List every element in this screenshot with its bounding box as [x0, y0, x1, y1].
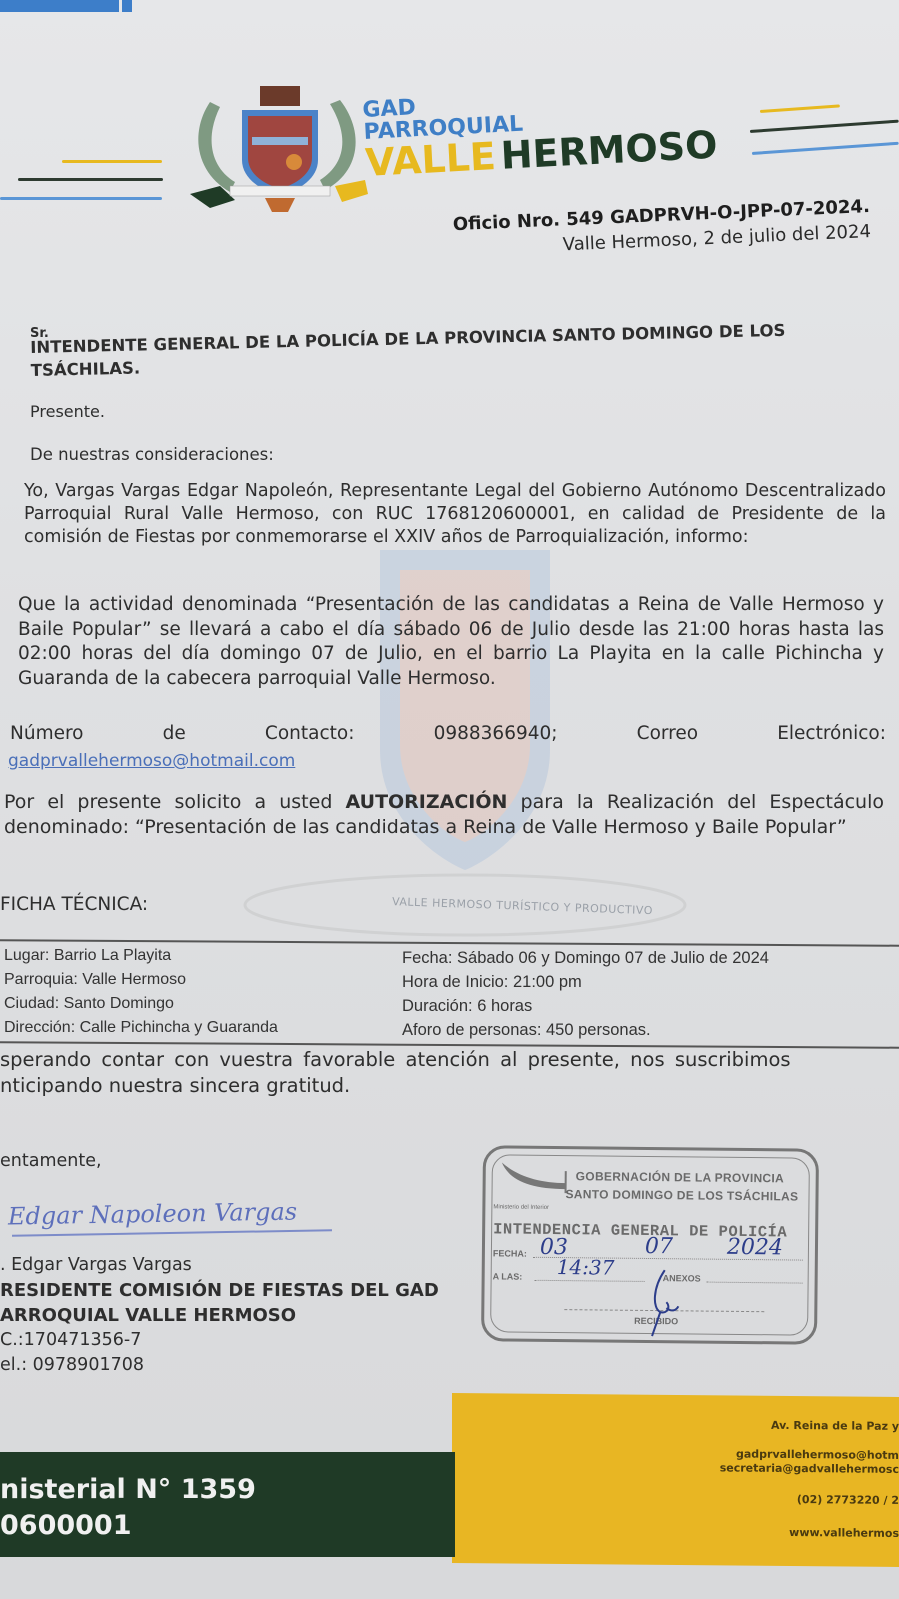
footer-contact-band: Av. Reina de la Paz y gadprvallehermoso@… [452, 1393, 899, 1567]
paragraph-activity: Que la actividad denominada “Presentació… [18, 593, 884, 691]
parish-crest-logo [190, 82, 370, 212]
footer-website[interactable]: www.vallehermos [789, 1526, 899, 1540]
document-reference: Oficio Nro. 549 GADPRVH-O-JPP-07-2024. V… [452, 196, 871, 260]
request-text-pre: Por el presente solicito a usted [4, 791, 346, 813]
closing-line1: sperando contar con vuestra favorable at… [0, 1047, 899, 1073]
stamp-fecha-label: FECHA: [493, 1248, 527, 1258]
ficha-fecha: Fecha: Sábado 06 y Domingo 07 de Julio d… [402, 946, 769, 970]
email-label-correo: Correo [637, 722, 698, 745]
signature: Edgar Napoleon Vargas [8, 1197, 298, 1230]
footer-legal-band: nisterial N° 1359 0600001 [0, 1452, 455, 1557]
stamp-alas-time: 14:37 [557, 1255, 615, 1280]
decor-line-green-left [18, 178, 163, 181]
email-label-electronico: Electrónico: [777, 722, 886, 745]
decor-line-green-right [750, 120, 899, 133]
contact-email-link[interactable]: gadprvallehermoso@hotmail.com [8, 750, 295, 773]
signature-underline [12, 1229, 332, 1236]
footer-email-1[interactable]: gadprvallehermoso@hotm [736, 1448, 899, 1462]
greeting: De nuestras consideraciones: [30, 443, 886, 466]
contact-label-contacto: Contacto: [265, 722, 355, 745]
stamp-fecha-year: 2024 [727, 1235, 783, 1261]
paragraph-request: Por el presente solicito a usted AUTORIZ… [4, 790, 884, 840]
ficha-lugar: Lugar: Barrio La Playita [4, 944, 278, 968]
contact-line: Número de Contacto: 0988366940; Correo E… [10, 722, 886, 745]
closing-paragraph: sperando contar con vuestra favorable at… [0, 1047, 899, 1099]
footer-acuerdo-ministerial: nisterial N° 1359 [0, 1474, 256, 1505]
decor-line-yellow-right [760, 104, 840, 113]
ficha-duracion: Duración: 6 horas [402, 994, 769, 1018]
presente: Presente. [30, 400, 886, 423]
stamp-province: SANTO DOMINGO DE LOS TSÁCHILAS [565, 1187, 798, 1203]
stamp-logo-icon [500, 1160, 570, 1197]
contact-label-numero: Número [10, 722, 84, 745]
closing-line2: nticipando nuestra sincera gratitud. [0, 1073, 899, 1099]
ficha-left-column: Lugar: Barrio La Playita Parroquia: Vall… [4, 944, 278, 1040]
footer-address: Av. Reina de la Paz y [771, 1419, 899, 1433]
decor-line-blue-left [0, 197, 162, 200]
decor-line-blue-right [752, 142, 899, 155]
decor-line-yellow-left [62, 160, 162, 163]
ficha-parroquia: Parroquia: Valle Hermoso [4, 968, 278, 992]
ficha-direccion: Dirección: Calle Pichincha y Guaranda [4, 1016, 278, 1040]
stamp-ministry: Ministerio del Interior [493, 1204, 549, 1211]
signatory-tel: el.: 0978901708 [0, 1353, 856, 1378]
footer-ruc: 0600001 [0, 1510, 132, 1541]
ficha-aforo: Aforo de personas: 450 personas. [402, 1018, 769, 1042]
contact-label-de: de [163, 722, 186, 745]
brand-valle: VALLE [364, 134, 497, 185]
ficha-right-column: Fecha: Sábado 06 y Domingo 07 de Julio d… [402, 946, 769, 1042]
ficha-hora-inicio: Hora de Inicio: 21:00 pm [402, 970, 769, 994]
stamp-initial-signature [644, 1268, 685, 1338]
footer-email-2[interactable]: secretaria@gadvallehermosc [720, 1461, 899, 1476]
brand-logo: GAD PARROQUIAL VALLE HERMOSO [362, 82, 718, 182]
request-authorization: AUTORIZACIÓN [346, 791, 508, 813]
ficha-ciudad: Ciudad: Santo Domingo [4, 992, 278, 1016]
stamp-fecha-month: 07 [645, 1234, 673, 1259]
reception-stamp: GOBERNACIÓN DE LA PROVINCIA SANTO DOMING… [481, 1145, 819, 1345]
top-blue-stripe [0, 0, 132, 12]
stamp-gobernacion: GOBERNACIÓN DE LA PROVINCIA [576, 1169, 784, 1185]
footer-phone: (02) 2773220 / 2 [797, 1493, 899, 1507]
stamp-alas-label: A LAS: [493, 1271, 523, 1281]
contact-phone: 0988366940; [434, 722, 558, 745]
paragraph-intro: Yo, Vargas Vargas Edgar Napoleón, Repres… [24, 480, 886, 549]
